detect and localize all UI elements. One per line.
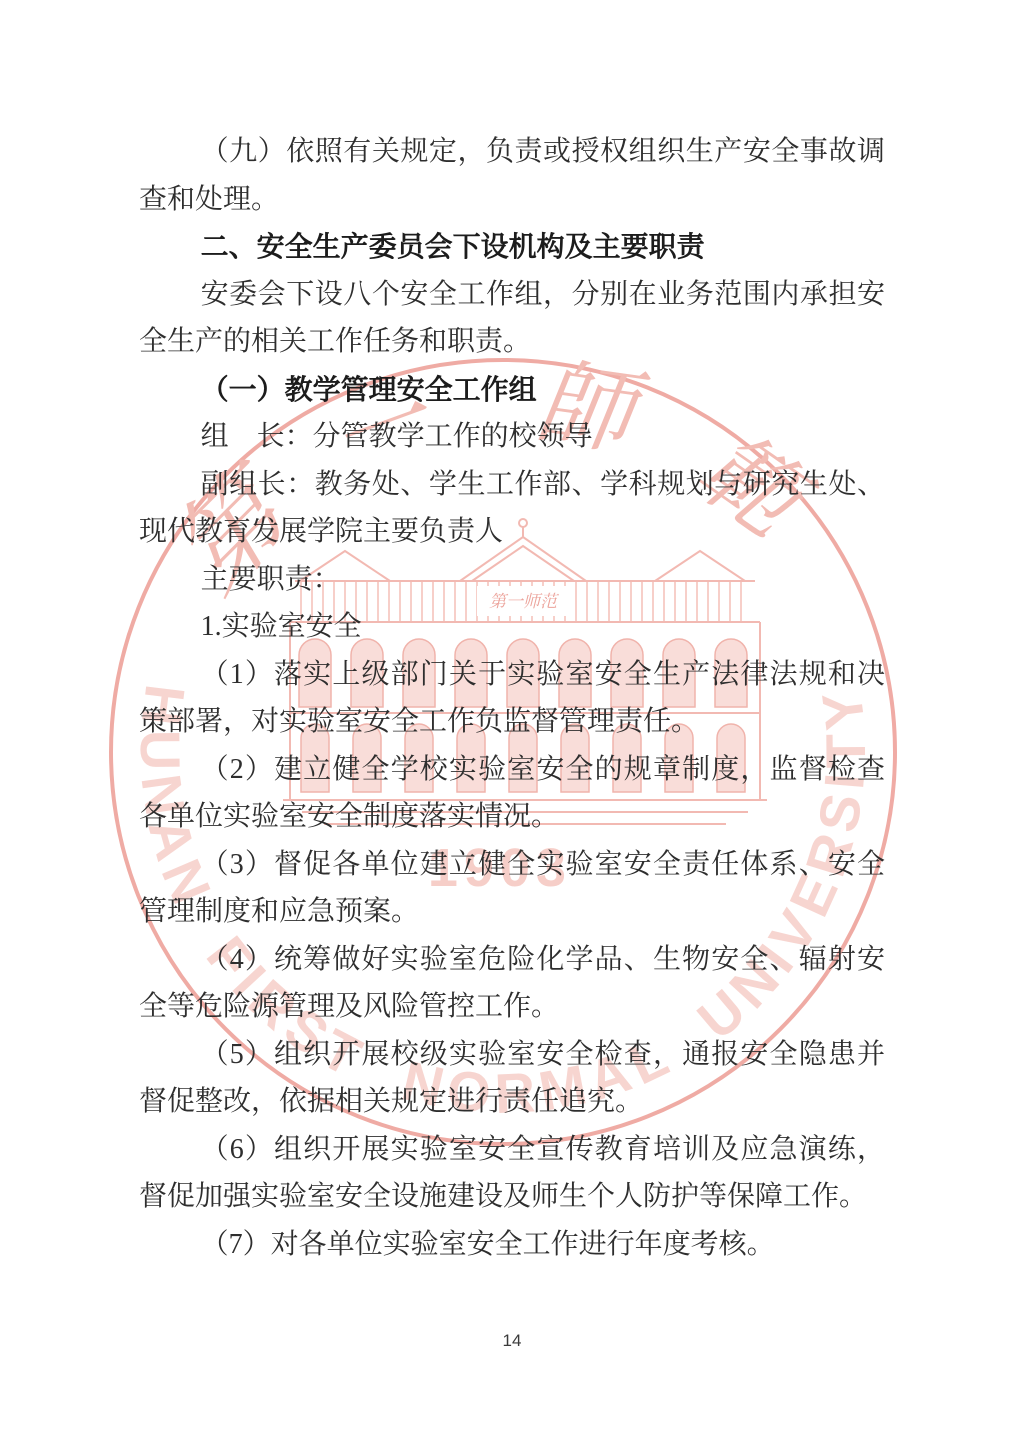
- paragraph-lab-safety: 1.实验室安全: [139, 603, 885, 651]
- paragraph-deputy-leaders: 副组长：教务处、学生工作部、学科规划与研究生处、现代教育发展学院主要负责人: [139, 461, 885, 556]
- section-heading: 二、安全生产委员会下设机构及主要职责: [139, 223, 885, 271]
- paragraph-item-1: （1）落实上级部门关于实验室安全生产法律法规和决策部署，对实验室安全工作负监督管…: [139, 651, 885, 746]
- paragraph-group-leader: 组 长：分管教学工作的校领导: [139, 413, 885, 461]
- paragraph-item-2: （2）建立健全学校实验室安全的规章制度，监督检查各单位实验室安全制度落实情况。: [139, 746, 885, 841]
- paragraph-item-3: （3）督促各单位建立健全实验室安全责任体系、安全管理制度和应急预案。: [139, 841, 885, 936]
- paragraph-duties-label: 主要职责：: [139, 556, 885, 604]
- paragraph-item-4: （4）统筹做好实验室危险化学品、生物安全、辐射安全等危险源管理及风险管控工作。: [139, 936, 885, 1031]
- paragraph: 安委会下设八个安全工作组，分别在业务范围内承担安全生产的相关工作任务和职责。: [139, 271, 885, 366]
- subsection-heading: （一）教学管理安全工作组: [139, 366, 885, 414]
- document-page: HUNAN FIRST NORMAL UNIVERSITY 第 一 師 範: [0, 0, 1024, 1447]
- paragraph: （九）依照有关规定，负责或授权组织生产安全事故调查和处理。: [139, 128, 885, 223]
- paragraph-item-6: （6）组织开展实验室安全宣传教育培训及应急演练，督促加强实验室安全设施建设及师生…: [139, 1126, 885, 1221]
- page-content: （九）依照有关规定，负责或授权组织生产安全事故调查和处理。 二、安全生产委员会下…: [139, 128, 885, 1268]
- paragraph-item-5: （5）组织开展校级实验室安全检查，通报安全隐患并督促整改，依据相关规定进行责任追…: [139, 1031, 885, 1126]
- paragraph-item-7: （7）对各单位实验室安全工作进行年度考核。: [139, 1221, 885, 1269]
- page-number: 14: [0, 1331, 1024, 1351]
